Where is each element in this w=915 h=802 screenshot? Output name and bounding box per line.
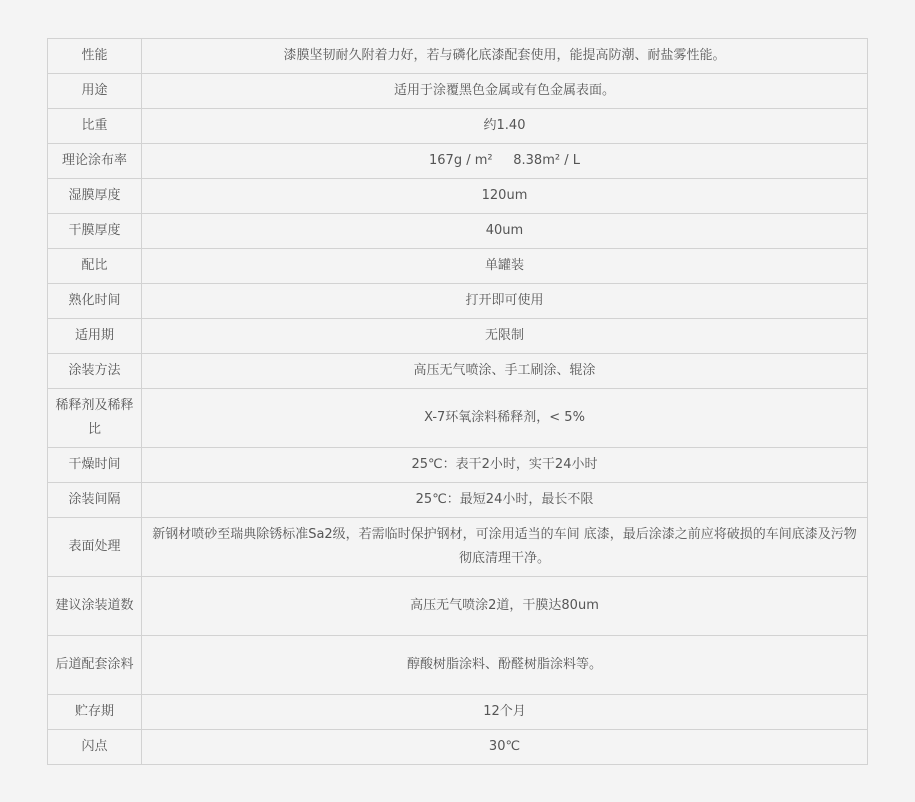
table-row-surface-preparation: 表面处理 新钢材喷砂至瑞典除锈标准Sa2级，若需临时保护钢材，可涂用适当的车间 … [48, 518, 868, 577]
table-row-dry-film-thickness: 干膜厚度 40um [48, 214, 868, 249]
row-value: 适用于涂覆黑色金属或有色金属表面。 [142, 74, 868, 109]
row-label: 适用期 [48, 319, 142, 354]
row-value: 高压无气喷涂2道，干膜达80um [142, 577, 868, 636]
product-spec-table: 性能 漆膜坚韧耐久附着力好，若与磷化底漆配套使用，能提高防潮、耐盐雾性能。 用途… [47, 38, 868, 765]
row-label: 干膜厚度 [48, 214, 142, 249]
row-value: 25℃：最短24小时，最长不限 [142, 483, 868, 518]
table-row-flash-point: 闪点 30℃ [48, 730, 868, 765]
row-label: 稀释剂及稀释比 [48, 389, 142, 448]
row-label: 理论涂布率 [48, 144, 142, 179]
table-row-performance: 性能 漆膜坚韧耐久附着力好，若与磷化底漆配套使用，能提高防潮、耐盐雾性能。 [48, 39, 868, 74]
table-row-specific-gravity: 比重 约1.40 [48, 109, 868, 144]
row-label: 后道配套涂料 [48, 636, 142, 695]
table-row-recommended-coats: 建议涂装道数 高压无气喷涂2道，干膜达80um [48, 577, 868, 636]
table-row-pot-life: 适用期 无限制 [48, 319, 868, 354]
row-label: 性能 [48, 39, 142, 74]
table-row-wet-film-thickness: 湿膜厚度 120um [48, 179, 868, 214]
table-row-application-method: 涂装方法 高压无气喷涂、手工刷涂、辊涂 [48, 354, 868, 389]
table-row-mix-ratio: 配比 单罐装 [48, 249, 868, 284]
row-label: 闪点 [48, 730, 142, 765]
row-value: 醇酸树脂涂料、酚醛树脂涂料等。 [142, 636, 868, 695]
row-value: 40um [142, 214, 868, 249]
table-row-drying-time: 干燥时间 25℃：表干2小时，实干24小时 [48, 448, 868, 483]
table-row-thinner: 稀释剂及稀释比 X-7环氧涂料稀释剂，< 5% [48, 389, 868, 448]
table-row-usage: 用途 适用于涂覆黑色金属或有色金属表面。 [48, 74, 868, 109]
row-value: 新钢材喷砂至瑞典除锈标准Sa2级，若需临时保护钢材，可涂用适当的车间 底漆，最后… [142, 518, 868, 577]
row-value: 漆膜坚韧耐久附着力好，若与磷化底漆配套使用，能提高防潮、耐盐雾性能。 [142, 39, 868, 74]
row-label: 熟化时间 [48, 284, 142, 319]
row-value: 167g / m² 8.38m² / L [142, 144, 868, 179]
row-value: 高压无气喷涂、手工刷涂、辊涂 [142, 354, 868, 389]
row-value: 30℃ [142, 730, 868, 765]
row-label: 湿膜厚度 [48, 179, 142, 214]
row-label: 贮存期 [48, 695, 142, 730]
row-label: 涂装间隔 [48, 483, 142, 518]
table-row-shelf-life: 贮存期 12个月 [48, 695, 868, 730]
row-label: 涂装方法 [48, 354, 142, 389]
row-label: 配比 [48, 249, 142, 284]
row-value: 约1.40 [142, 109, 868, 144]
row-value: 12个月 [142, 695, 868, 730]
table-row-induction-time: 熟化时间 打开即可使用 [48, 284, 868, 319]
row-value: 单罐装 [142, 249, 868, 284]
table-row-recoat-interval: 涂装间隔 25℃：最短24小时，最长不限 [48, 483, 868, 518]
table-row-theoretical-coverage: 理论涂布率 167g / m² 8.38m² / L [48, 144, 868, 179]
row-value: 无限制 [142, 319, 868, 354]
row-value: X-7环氧涂料稀释剂，< 5% [142, 389, 868, 448]
row-value: 25℃：表干2小时，实干24小时 [142, 448, 868, 483]
row-label: 用途 [48, 74, 142, 109]
row-label: 比重 [48, 109, 142, 144]
row-label: 干燥时间 [48, 448, 142, 483]
row-label: 建议涂装道数 [48, 577, 142, 636]
table-row-subsequent-coating: 后道配套涂料 醇酸树脂涂料、酚醛树脂涂料等。 [48, 636, 868, 695]
row-value: 打开即可使用 [142, 284, 868, 319]
row-value: 120um [142, 179, 868, 214]
row-label: 表面处理 [48, 518, 142, 577]
